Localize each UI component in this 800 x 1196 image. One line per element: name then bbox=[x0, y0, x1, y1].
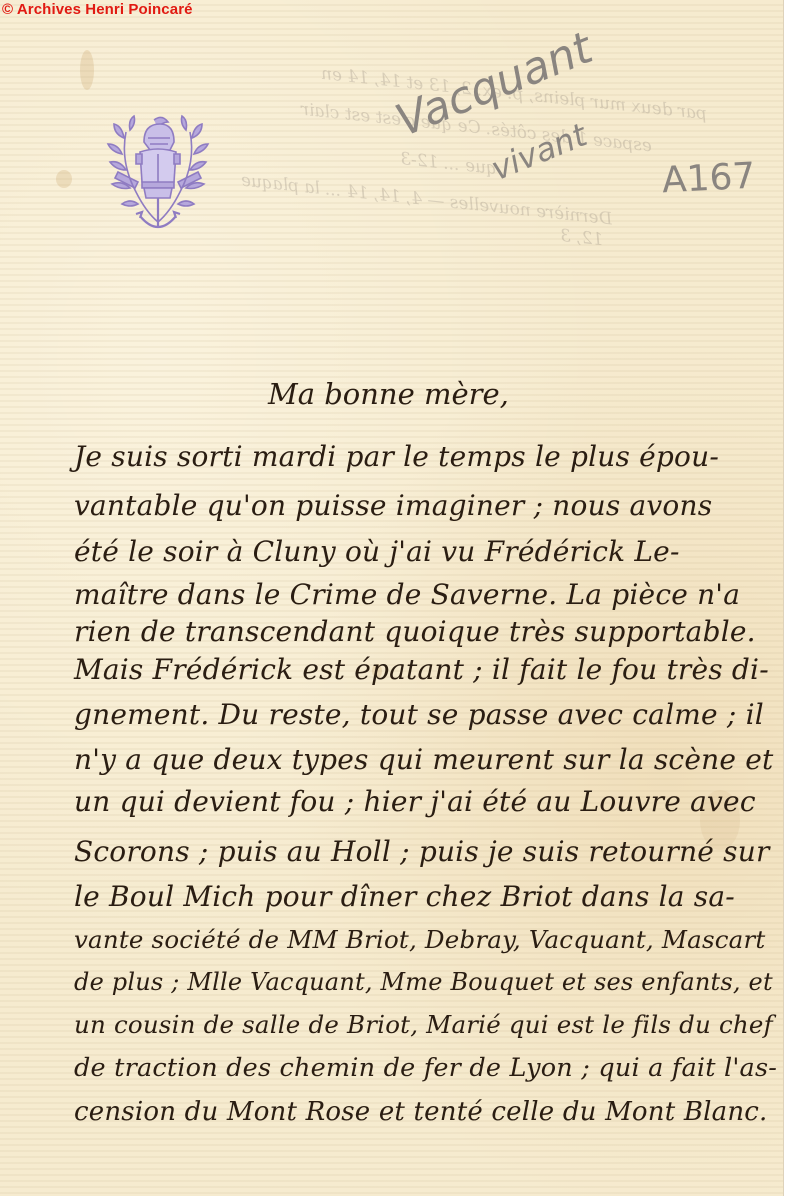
letter-salutation: Ma bonne mère, bbox=[268, 377, 509, 411]
catalog-number: A167 bbox=[661, 156, 756, 202]
letter-line: vantable qu'on puisse imaginer ; nous av… bbox=[74, 489, 712, 522]
letter-line: Je suis sorti mardi par le temps le plus… bbox=[74, 440, 719, 473]
letter-line: de traction des chemin de fer de Lyon ; … bbox=[74, 1053, 777, 1083]
letter-line: vante société de MM Briot, Debray, Vacqu… bbox=[74, 925, 765, 954]
letter-page: par deux mur pleins, p. ex. 2, 13 et 14,… bbox=[0, 0, 783, 1196]
letter-line: été le soir à Cluny où j'ai vu Frédérick… bbox=[74, 535, 680, 568]
copyright-watermark: © Archives Henri Poincaré bbox=[2, 1, 193, 18]
letter-line: le Boul Mich pour dîner chez Briot dans … bbox=[74, 880, 735, 913]
letter-line: un cousin de salle de Briot, Marié qui e… bbox=[74, 1010, 773, 1039]
letter-line: gnement. Du reste, tout se passe avec ca… bbox=[74, 698, 764, 731]
letter-line: Mais Frédérick est épatant ; il fait le … bbox=[74, 653, 769, 686]
show-through-text: Dernière nouvelles — 4, 14, 14 ... la pl… bbox=[240, 171, 613, 230]
letter-line: cension du Mont Rose et tenté celle du M… bbox=[74, 1097, 768, 1127]
letter-line: maître dans le Crime de Saverne. La pièc… bbox=[74, 578, 740, 611]
crest-emblem-icon bbox=[96, 108, 220, 238]
letter-line: n'y a que deux types qui meurent sur la … bbox=[74, 743, 773, 776]
letter-line: un qui devient fou ; hier j'ai été au Lo… bbox=[74, 785, 756, 818]
letter-line: rien de transcendant quoique très suppor… bbox=[74, 615, 756, 648]
show-through-text: 12, 3 bbox=[559, 226, 604, 250]
letter-line: Scorons ; puis au Holl ; puis je suis re… bbox=[74, 835, 770, 868]
show-through-text: que ... 12-3 bbox=[399, 149, 498, 179]
paper-stain bbox=[56, 170, 72, 188]
paper-stain bbox=[80, 50, 94, 90]
letter-line: de plus ; Mlle Vacquant, Mme Bouquet et … bbox=[74, 968, 773, 996]
